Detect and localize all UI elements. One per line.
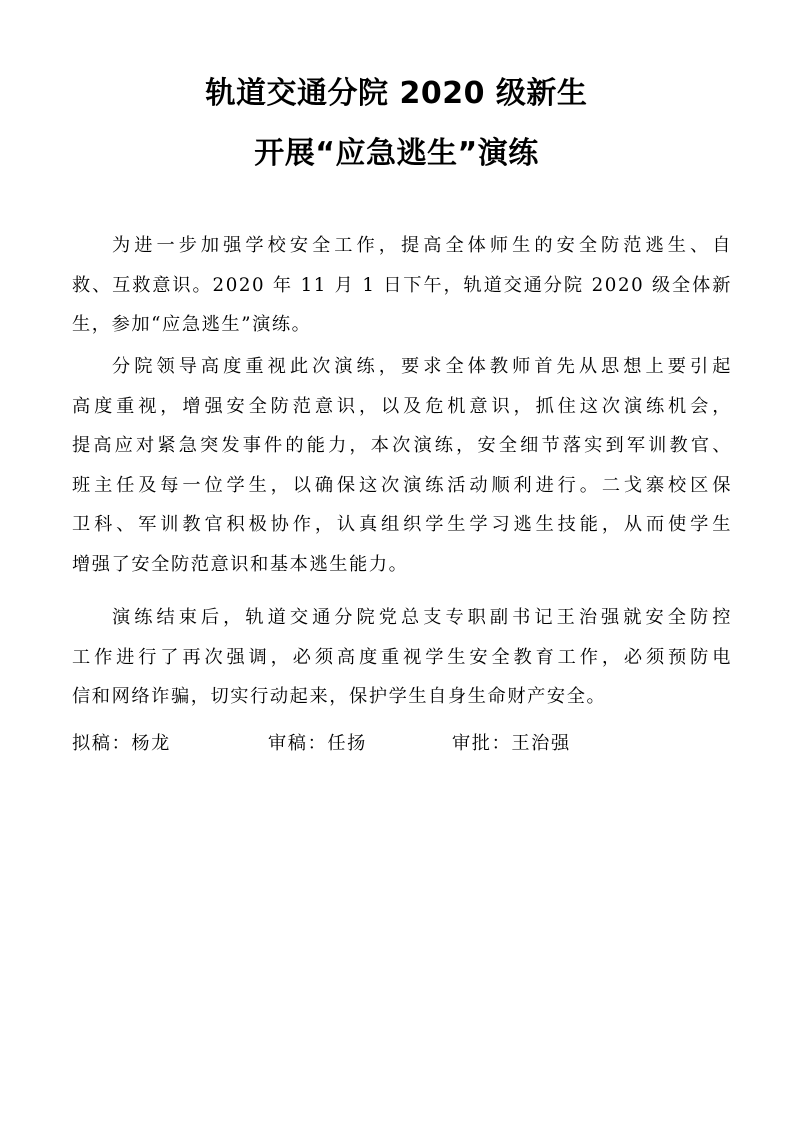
approved-by: 审批：王治强 [452,729,571,759]
document-title-line-1: 轨道交通分院 2020 级新生 [0,74,793,114]
paragraph-2-line-2: 高度重视，增强安全防范意识，以及危机意识，抓住这次演练机会， [72,387,732,427]
paragraph-3-line-3: 信和网络诈骗，切实行动起来，保护学生自身生命财产安全。 [72,677,732,717]
paragraph-1-line-1: 为进一步加强学校安全工作，提高全体师生的安全防范逃生、自 [72,226,732,266]
paragraph-3-line-1: 演练结束后，轨道交通分院党总支专职副书记王治强就安全防控 [72,598,732,638]
paragraph-2-line-5: 卫科、军训教官积极协作，认真组织学生学习逃生技能，从而使学生 [72,505,732,545]
paragraph-2-line-6: 增强了安全防范意识和基本逃生能力。 [72,545,732,585]
paragraph-1-line-2: 救、互救意识。2020 年 11 月 1 日下午，轨道交通分院 2020 级全体… [72,266,732,306]
drafted-by: 拟稿：杨龙 [72,729,171,759]
paragraph-2-line-4: 班主任及每一位学生，以确保这次演练活动顺利进行。二戈寨校区保 [72,466,732,506]
paragraph-2-line-1: 分院领导高度重视此次演练，要求全体教师首先从思想上要引起 [72,347,732,387]
paragraph-1-line-3: 生，参加“应急逃生”演练。 [72,305,732,345]
paragraph-2: 分院领导高度重视此次演练，要求全体教师首先从思想上要引起 高度重视，增强安全防范… [72,347,732,584]
paragraph-3-line-2: 工作进行了再次强调，必须高度重视学生安全教育工作，必须预防电 [72,638,732,678]
paragraph-3: 演练结束后，轨道交通分院党总支专职副书记王治强就安全防控 工作进行了再次强调，必… [72,598,732,717]
paragraph-1: 为进一步加强学校安全工作，提高全体师生的安全防范逃生、自 救、互救意识。2020… [72,226,732,345]
paragraph-2-line-3: 提高应对紧急突发事件的能力，本次演练，安全细节落实到军训教官、 [72,426,732,466]
reviewed-by: 审稿：任扬 [268,729,367,759]
document-page: 轨道交通分院 2020 级新生 开展“应急逃生”演练 为进一步加强学校安全工作，… [0,0,793,1122]
document-title-line-2: 开展“应急逃生”演练 [0,134,793,174]
